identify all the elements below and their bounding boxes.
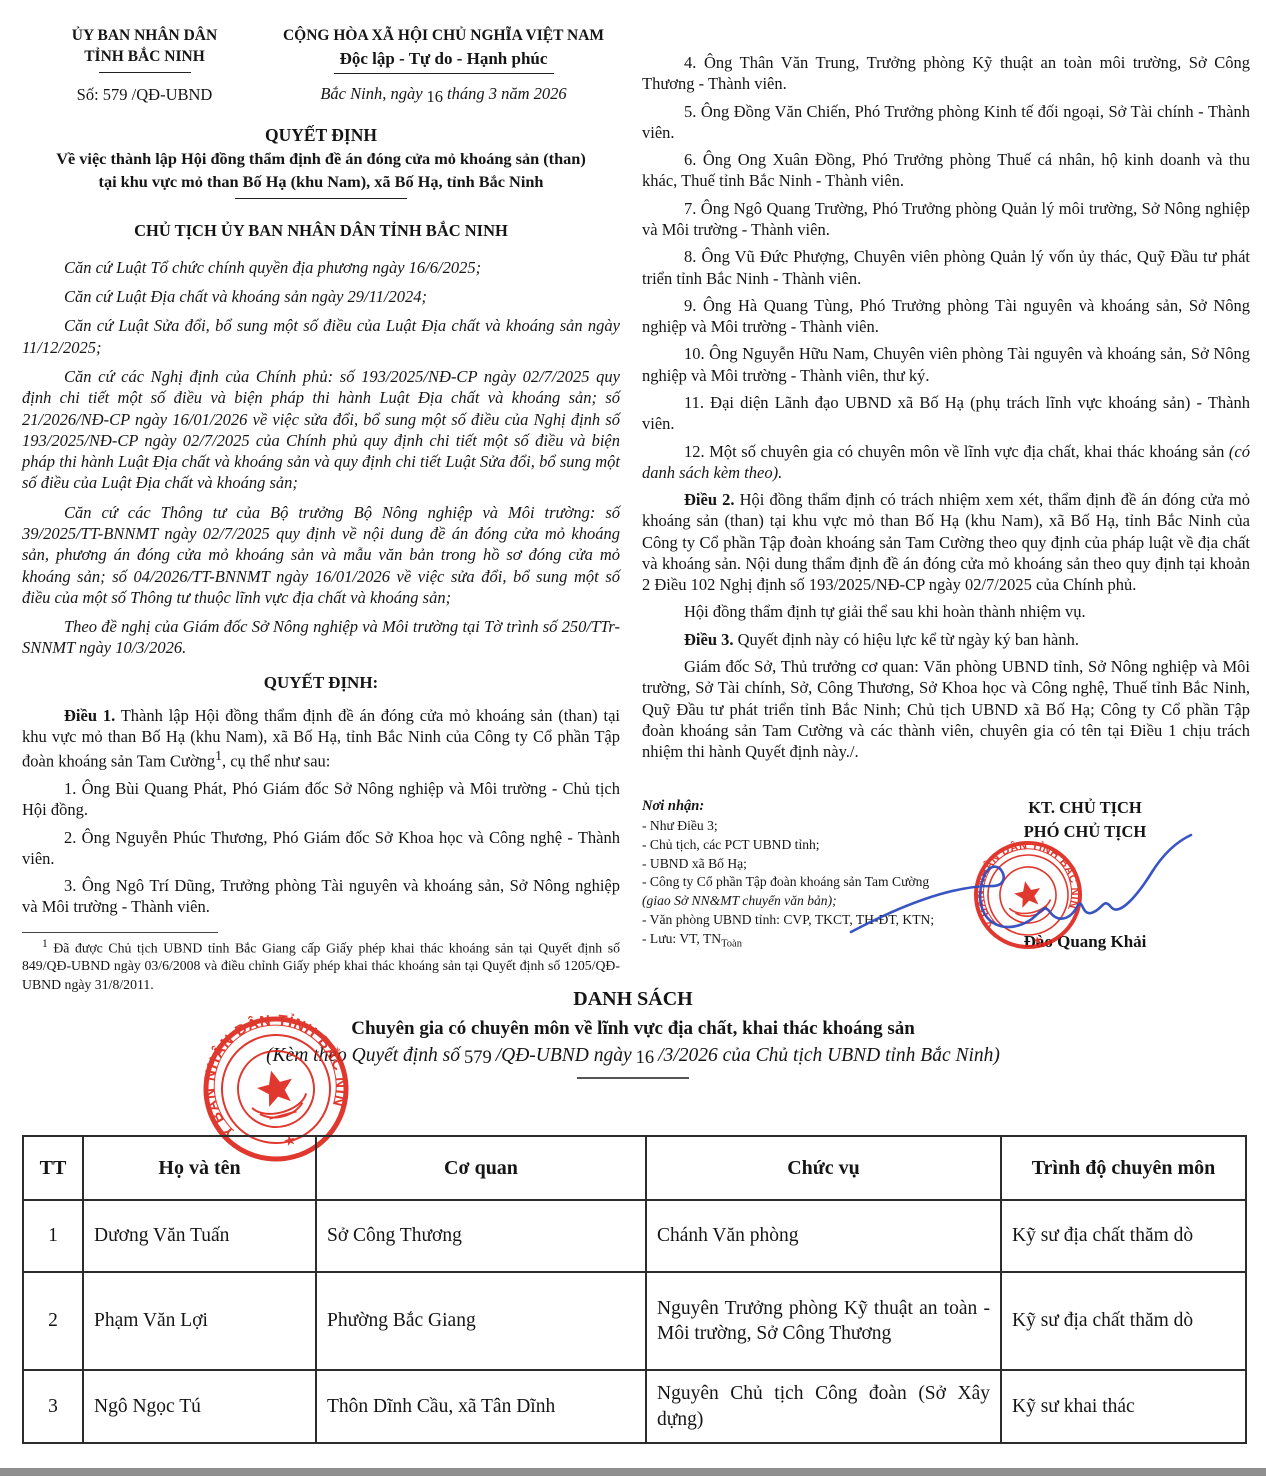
- article-2: Điều 2. Hội đồng thẩm định có trách nhiệ…: [642, 489, 1250, 595]
- title-block: QUYẾT ĐỊNH Về việc thành lập Hội đồng th…: [22, 125, 620, 199]
- subtitle-underline: [235, 198, 407, 199]
- annex-ref-number: 579: [460, 1048, 496, 1068]
- right-column: 4. Ông Thân Văn Trung, Trưởng phòng Kỹ t…: [642, 52, 1250, 768]
- member-1: 1. Ông Bùi Quang Phát, Phó Giám đốc Sở N…: [22, 778, 620, 821]
- document-subtitle-line2: tại khu vực mỏ than Bố Hạ (khu Nam), xã …: [22, 171, 620, 193]
- annex-subtitle: Chuyên gia có chuyên môn về lĩnh vực địa…: [0, 1018, 1266, 1040]
- recipient-item: - Chủ tịch, các PCT UBND tỉnh;: [642, 836, 977, 855]
- annex-ref-day: 16: [632, 1048, 659, 1068]
- footnote-separator: [22, 932, 218, 933]
- issuer-line1: ỦY BAN NHÂN DÂN: [22, 26, 267, 47]
- resolve-heading: QUYẾT ĐỊNH:: [22, 673, 620, 693]
- footnote-block: 1 Đã được Chủ tịch UBND tỉnh Bắc Giang c…: [22, 932, 620, 994]
- doc-number-label: Số:: [77, 85, 99, 104]
- recital-5: Căn cứ các Thông tư của Bộ trưởng Bộ Nôn…: [22, 502, 620, 608]
- cell-org: Phường Bắc Giang: [316, 1272, 646, 1370]
- member-12: 12. Một số chuyên gia có chuyên môn về l…: [642, 441, 1250, 484]
- recital-3: Căn cứ Luật Sửa đổi, bổ sung một số điều…: [22, 315, 620, 358]
- cell-tt: 3: [23, 1370, 83, 1443]
- recital-6: Theo đề nghị của Giám đốc Sở Nông nghiệp…: [22, 616, 620, 659]
- experts-table: TT Họ và tên Cơ quan Chức vụ Trình độ ch…: [22, 1135, 1247, 1444]
- document-header: ỦY BAN NHÂN DÂN TỈNH BẮC NINH Số: 579 /Q…: [22, 26, 620, 105]
- footnote-ref: 1: [215, 748, 222, 763]
- annex-header: DANH SÁCH Chuyên gia có chuyên môn về lĩ…: [0, 988, 1266, 1079]
- annex-underline: [577, 1077, 689, 1079]
- cell-degree: Kỹ sư khai thác: [1001, 1370, 1246, 1443]
- issuer-underline: [99, 72, 191, 73]
- footnote-text: 1 Đã được Chủ tịch UBND tỉnh Bắc Giang c…: [22, 937, 620, 994]
- national-block: CỘNG HÒA XÃ HỘI CHỦ NGHĨA VIỆT NAM Độc l…: [267, 26, 620, 105]
- annex-reference-line: (Kèm theo Quyết định số579/QĐ-UBND ngày1…: [0, 1045, 1266, 1067]
- signature-position: PHÓ CHỦ TỊCH: [935, 820, 1235, 844]
- document-title: QUYẾT ĐỊNH: [22, 125, 620, 146]
- cell-degree: Kỹ sư địa chất thăm dò: [1001, 1272, 1246, 1370]
- date-day-value: 16: [423, 87, 448, 106]
- doc-number-suffix: /QĐ-UBND: [132, 85, 213, 104]
- recipient-item: - Công ty Cổ phần Tập đoàn khoáng sản Ta…: [642, 873, 977, 892]
- member-11: 11. Đại diện Lãnh đạo UBND xã Bố Hạ (phụ…: [642, 392, 1250, 435]
- signature-block: KT. CHỦ TỊCH PHÓ CHỦ TỊCH Đào Quang Khải: [935, 796, 1235, 952]
- member-9: 9. Ông Hà Quang Tùng, Phó Trưởng phòng T…: [642, 295, 1250, 338]
- doc-number-value: 579: [103, 85, 128, 104]
- cell-tt: 2: [23, 1272, 83, 1370]
- recipient-item: - UBND xã Bố Hạ;: [642, 855, 977, 874]
- signer-name: Đào Quang Khải: [935, 932, 1235, 952]
- member-7: 7. Ông Ngô Quang Trường, Phó Trưởng phòn…: [642, 198, 1250, 241]
- cell-role: Nguyên Trưởng phòng Kỹ thuật an toàn - M…: [646, 1272, 1001, 1370]
- place-dateline: Bắc Ninh, ngày16tháng 3 năm 2026: [267, 84, 620, 104]
- article-3: Điều 3. Quyết định này có hiệu lực kể từ…: [642, 629, 1250, 650]
- document-subtitle-line1: Về việc thành lập Hội đồng thẩm định đề …: [22, 148, 620, 170]
- dissolve-clause: Hội đồng thẩm định tự giải thể sau khi h…: [642, 601, 1250, 622]
- cell-role: Chánh Văn phòng: [646, 1200, 1001, 1272]
- table-row: 3 Ngô Ngọc Tú Thôn Dĩnh Cầu, xã Tân Dĩnh…: [23, 1370, 1246, 1443]
- cell-name: Dương Văn Tuấn: [83, 1200, 316, 1272]
- national-motto: Độc lập - Tự do - Hạnh phúc: [267, 49, 620, 69]
- implementation-clause: Giám đốc Sở, Thủ trưởng cơ quan: Văn phò…: [642, 656, 1250, 762]
- national-title: CỘNG HÒA XÃ HỘI CHỦ NGHĨA VIỆT NAM: [267, 26, 620, 47]
- col-header-tt: TT: [23, 1136, 83, 1200]
- decision-document-page: ỦY BAN NHÂN DÂN TỈNH BẮC NINH Số: 579 /Q…: [0, 0, 1266, 1482]
- recipient-item: - Như Điều 3;: [642, 817, 977, 836]
- table-header-row: TT Họ và tên Cơ quan Chức vụ Trình độ ch…: [23, 1136, 1246, 1200]
- signature-space: [935, 844, 1235, 932]
- cell-name: Phạm Văn Lợi: [83, 1272, 316, 1370]
- member-10: 10. Ông Nguyễn Hữu Nam, Chuyên viên phòn…: [642, 343, 1250, 386]
- table-row: 1 Dương Văn Tuấn Sở Công Thương Chánh Vă…: [23, 1200, 1246, 1272]
- col-header-org: Cơ quan: [316, 1136, 646, 1200]
- recital-1: Căn cứ Luật Tổ chức chính quyền địa phươ…: [22, 257, 620, 278]
- recital-4: Căn cứ các Nghị định của Chính phủ: số 1…: [22, 366, 620, 494]
- signature-kt: KT. CHỦ TỊCH: [935, 796, 1235, 820]
- recital-2: Căn cứ Luật Địa chất và khoáng sản ngày …: [22, 286, 620, 307]
- member-8: 8. Ông Vũ Đức Phượng, Chuyên viên phòng …: [642, 246, 1250, 289]
- recipient-item-luu: - Lưu: VT, TNToàn: [642, 930, 977, 952]
- issuer-block: ỦY BAN NHÂN DÂN TỈNH BẮC NINH Số: 579 /Q…: [22, 26, 267, 105]
- recipients-block: Nơi nhận: - Như Điều 3; - Chủ tịch, các …: [642, 798, 977, 952]
- issuer-line2: TỈNH BẮC NINH: [22, 47, 267, 68]
- issuing-authority: CHỦ TỊCH ỦY BAN NHÂN DÂN TỈNH BẮC NINH: [22, 221, 620, 241]
- cell-org: Sở Công Thương: [316, 1200, 646, 1272]
- cell-name: Ngô Ngọc Tú: [83, 1370, 316, 1443]
- member-4: 4. Ông Thân Văn Trung, Trưởng phòng Kỹ t…: [642, 52, 1250, 95]
- cell-degree: Kỹ sư địa chất thăm dò: [1001, 1200, 1246, 1272]
- col-header-name: Họ và tên: [83, 1136, 316, 1200]
- recipient-item-note: (giao Sở NN&MT chuyển văn bản);: [642, 892, 977, 911]
- motto-underline: [334, 73, 554, 74]
- member-5: 5. Ông Đồng Văn Chiến, Phó Trưởng phòng …: [642, 101, 1250, 144]
- annex-title: DANH SÁCH: [0, 988, 1266, 1011]
- cell-org: Thôn Dĩnh Cầu, xã Tân Dĩnh: [316, 1370, 646, 1443]
- recipient-item: - Văn phòng UBND tỉnh: CVP, TKCT, TH-ĐT,…: [642, 911, 977, 930]
- table-row: 2 Phạm Văn Lợi Phường Bắc Giang Nguyên T…: [23, 1272, 1246, 1370]
- col-header-degree: Trình độ chuyên môn: [1001, 1136, 1246, 1200]
- left-column: ỦY BAN NHÂN DÂN TỈNH BẮC NINH Số: 579 /Q…: [22, 26, 620, 994]
- member-2: 2. Ông Nguyễn Phúc Thương, Phó Giám đốc …: [22, 827, 620, 870]
- page-break-bar: [0, 1468, 1266, 1476]
- article-1: Điều 1. Thành lập Hội đồng thẩm định đề …: [22, 705, 620, 772]
- document-number: Số: 579 /QĐ-UBND: [22, 85, 267, 105]
- cell-role: Nguyên Chủ tịch Công đoàn (Sở Xây dựng): [646, 1370, 1001, 1443]
- member-3: 3. Ông Ngô Trí Dũng, Trưởng phòng Tài ng…: [22, 875, 620, 918]
- cell-tt: 1: [23, 1200, 83, 1272]
- recipients-title: Nơi nhận:: [642, 798, 977, 815]
- member-6: 6. Ông Ong Xuân Đồng, Phó Trưởng phòng T…: [642, 149, 1250, 192]
- col-header-role: Chức vụ: [646, 1136, 1001, 1200]
